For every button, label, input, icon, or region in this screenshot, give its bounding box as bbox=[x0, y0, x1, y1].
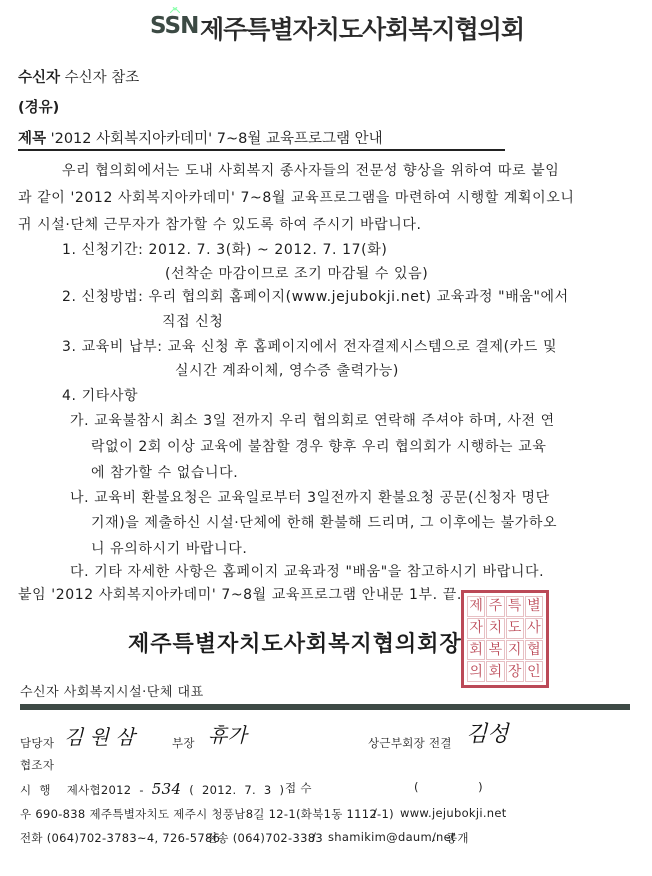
manager-label: 부장 bbox=[172, 735, 195, 751]
enforce-date: ( 2012. 7. 3 ) bbox=[189, 783, 284, 797]
enforce-number-prefix: 제사협2012 - bbox=[67, 783, 144, 797]
intro-line-1: 우리 협의회에서는 도내 사회복지 종사자들의 전문성 향상을 위하여 따로 붙… bbox=[62, 160, 559, 180]
disclosure-status: 공개 bbox=[446, 830, 469, 846]
leaf-icon bbox=[170, 7, 180, 13]
org-title: 제주특별자치도사회복지협의회 bbox=[200, 10, 524, 46]
sub-item-ga-cont-2: 에 참가할 수 없습니다. bbox=[91, 462, 238, 482]
separator-2: / bbox=[312, 830, 316, 844]
enforce-label: 시 행 bbox=[20, 783, 51, 797]
official-seal: 제 주 특 별 자 치 도 사 회 복 지 협 의 회 장 인 bbox=[461, 590, 549, 688]
sub-item-ga: 가. 교육불참시 최소 3일 전까지 우리 협의회로 연락해 주셔야 하며, 사… bbox=[70, 410, 555, 430]
item-4: 4. 기타사항 bbox=[62, 385, 138, 405]
separator-3: / bbox=[432, 830, 436, 844]
enforce-line: 시 행 제사협2012 - 534 ( 2012. 7. 3 ) bbox=[20, 780, 284, 798]
intro-line-2: 과 같이 '2012 사회복지아카데미' 7~8월 교육프로그램을 마련하여 시… bbox=[18, 187, 575, 207]
sub-item-na-cont-1: 기재)을 제출하신 시설·단체에 한해 환불해 드리며, 그 이후에는 불가하오 bbox=[91, 512, 557, 532]
footer-divider bbox=[20, 704, 630, 710]
sub-item-da: 다. 기타 자세한 사항은 홈페이지 교육과정 "배움"을 참고하시기 바랍니다… bbox=[70, 561, 544, 581]
subject-label: 제목 bbox=[18, 131, 46, 147]
recipient-line: 수신자 수신자 참조 bbox=[18, 66, 139, 87]
subject-value: '2012 사회복지아카데미' 7~8월 교육프로그램 안내 bbox=[51, 131, 383, 147]
logo-text: SSN bbox=[150, 13, 198, 39]
attachment-line: 붙임 '2012 사회복지아카데미' 7~8월 교육프로그램 안내문 1부. 끝… bbox=[18, 584, 462, 604]
ssn-logo: SSN bbox=[150, 13, 198, 39]
phone: 전화 (064)702-3783~4, 726-5786 bbox=[20, 830, 220, 846]
subject-line: 제목 '2012 사회복지아카데미' 7~8월 교육프로그램 안내 bbox=[18, 127, 383, 148]
vp-signature: 김성 bbox=[466, 717, 509, 748]
item-1: 1. 신청기간: 2012. 7. 3(화) ~ 2012. 7. 17(화) bbox=[62, 239, 387, 259]
staff-signature: 김 원 삼 bbox=[64, 721, 135, 750]
website-link[interactable]: www.jejubokji.net bbox=[400, 806, 507, 820]
staff-label: 담당자 bbox=[20, 735, 54, 751]
enforce-number: 534 bbox=[152, 780, 182, 798]
sub-item-na-cont-2: 니 유의하시기 바랍니다. bbox=[91, 538, 247, 558]
address: 우 690-838 제주특별자치도 제주시 청풍남8길 12-1(화북1동 11… bbox=[20, 806, 394, 822]
receipt-label: 접 수 bbox=[285, 780, 312, 796]
sub-item-ga-cont-1: 락없이 2회 이상 교육에 불참할 경우 향후 우리 협의회가 시행하는 교육 bbox=[91, 436, 546, 456]
separator-1: / bbox=[373, 806, 377, 820]
cooperator-label: 협조자 bbox=[20, 757, 54, 773]
item-2: 2. 신청방법: 우리 협의회 홈페이지(www.jejubokji.net) … bbox=[62, 286, 569, 306]
intro-line-3: 귀 시설·단체 근무자가 참가할 수 있도록 하여 주시기 바랍니다. bbox=[18, 214, 422, 234]
recipient-footer: 수신자 사회복지시설·단체 대표 bbox=[20, 681, 204, 700]
fax: 전송 (064)702-3383 bbox=[206, 830, 323, 846]
via-label: (경유) bbox=[18, 100, 59, 116]
header-divider bbox=[18, 149, 505, 151]
email-link[interactable]: shamikim@daum.net bbox=[328, 830, 456, 844]
receipt-value: ( ) bbox=[414, 780, 483, 794]
item-2-cont: 직접 신청 bbox=[162, 311, 224, 331]
sender-org-name: 제주특별자치도사회복지협의회장 bbox=[128, 627, 462, 658]
item-1-note: (선착순 마감이므로 조기 마감될 수 있음) bbox=[165, 263, 428, 283]
sub-item-na: 나. 교육비 환불요청은 교육일로부터 3일전까지 환불요청 공문(신청자 명단 bbox=[70, 487, 550, 507]
recipient-value: 수신자 참조 bbox=[65, 70, 140, 86]
manager-signature: 휴가 bbox=[208, 719, 247, 748]
item-3: 3. 교육비 납부: 교육 신청 후 홈페이지에서 전자결제시스템으로 결제(카… bbox=[62, 336, 557, 356]
item-3-cont: 실시간 계좌이체, 영수증 출력가능) bbox=[175, 360, 399, 380]
vp-label: 상근부회장 전결 bbox=[368, 735, 452, 751]
recipient-label: 수신자 bbox=[18, 70, 60, 86]
via-line: (경유) bbox=[18, 96, 59, 117]
